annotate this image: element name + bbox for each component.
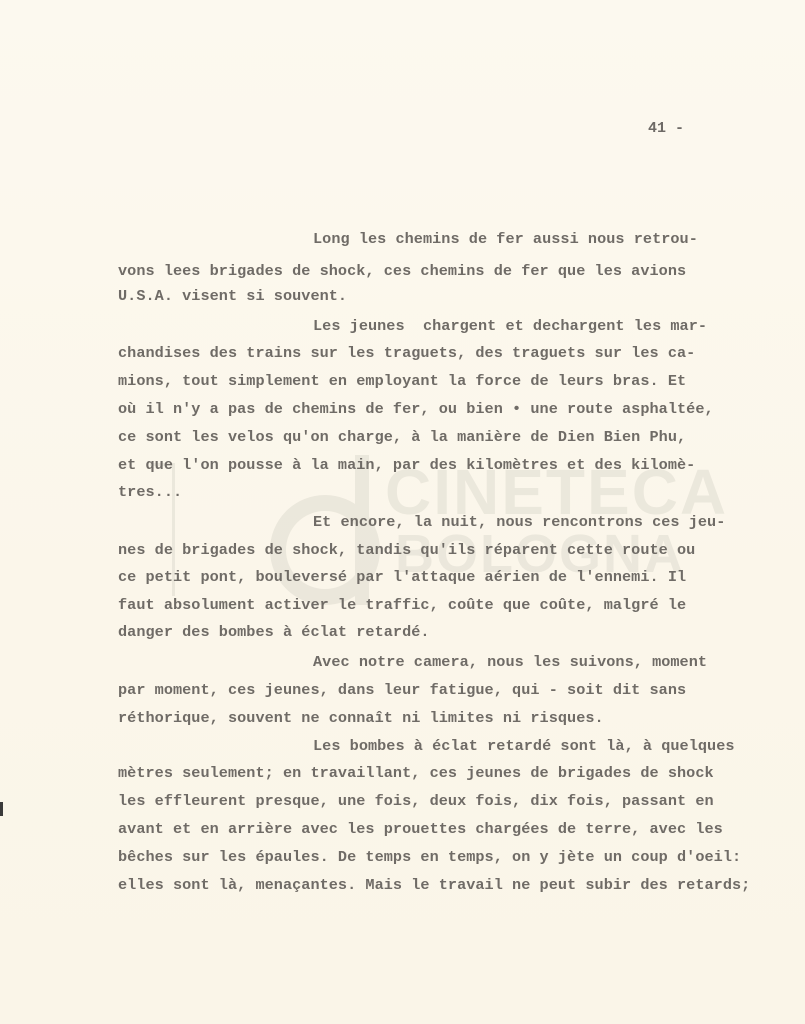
text-line: chandises des trains sur les traguets, d… bbox=[118, 344, 695, 362]
text-line: Long les chemins de fer aussi nous retro… bbox=[313, 230, 698, 248]
text-line: faut absolument activer le traffic, coût… bbox=[118, 596, 686, 614]
text-line: mions, tout simplement en employant la f… bbox=[118, 372, 686, 390]
page-number: 41 - bbox=[648, 120, 684, 137]
scan-edge-mark bbox=[0, 802, 3, 816]
text-line: Et encore, la nuit, nous rencontrons ces… bbox=[313, 513, 725, 531]
text-line: et que l'on pousse à la main, par des ki… bbox=[118, 456, 695, 474]
text-line: elles sont là, menaçantes. Mais le trava… bbox=[118, 876, 750, 894]
text-line: ce sont les velos qu'on charge, à la man… bbox=[118, 428, 686, 446]
text-line: danger des bombes à éclat retardé. bbox=[118, 623, 430, 641]
typewritten-page: CINETECA BOLOGNA 41 - Long les chemins d… bbox=[0, 0, 805, 1024]
text-line: réthorique, souvent ne connaît ni limite… bbox=[118, 709, 604, 727]
text-line: tres... bbox=[118, 483, 182, 501]
text-line: Les bombes à éclat retardé sont là, à qu… bbox=[313, 737, 735, 755]
text-line: ce petit pont, bouleversé par l'attaque … bbox=[118, 568, 686, 586]
text-line: Les jeunes chargent et dechargent les ma… bbox=[313, 317, 707, 335]
text-line: Avec notre camera, nous les suivons, mom… bbox=[313, 653, 707, 671]
text-line: bêches sur les épaules. De temps en temp… bbox=[118, 848, 741, 866]
text-line: les effleurent presque, une fois, deux f… bbox=[118, 792, 714, 810]
text-line: vons lees brigades de shock, ces chemins… bbox=[118, 262, 686, 280]
text-line: avant et en arrière avec les prouettes c… bbox=[118, 820, 723, 838]
text-line: nes de brigades de shock, tandis qu'ils … bbox=[118, 541, 695, 559]
text-line: par moment, ces jeunes, dans leur fatigu… bbox=[118, 681, 686, 699]
text-line: mètres seulement; en travaillant, ces je… bbox=[118, 764, 714, 782]
text-line: où il n'y a pas de chemins de fer, ou bi… bbox=[118, 400, 714, 418]
text-line: U.S.A. visent si souvent. bbox=[118, 287, 347, 305]
